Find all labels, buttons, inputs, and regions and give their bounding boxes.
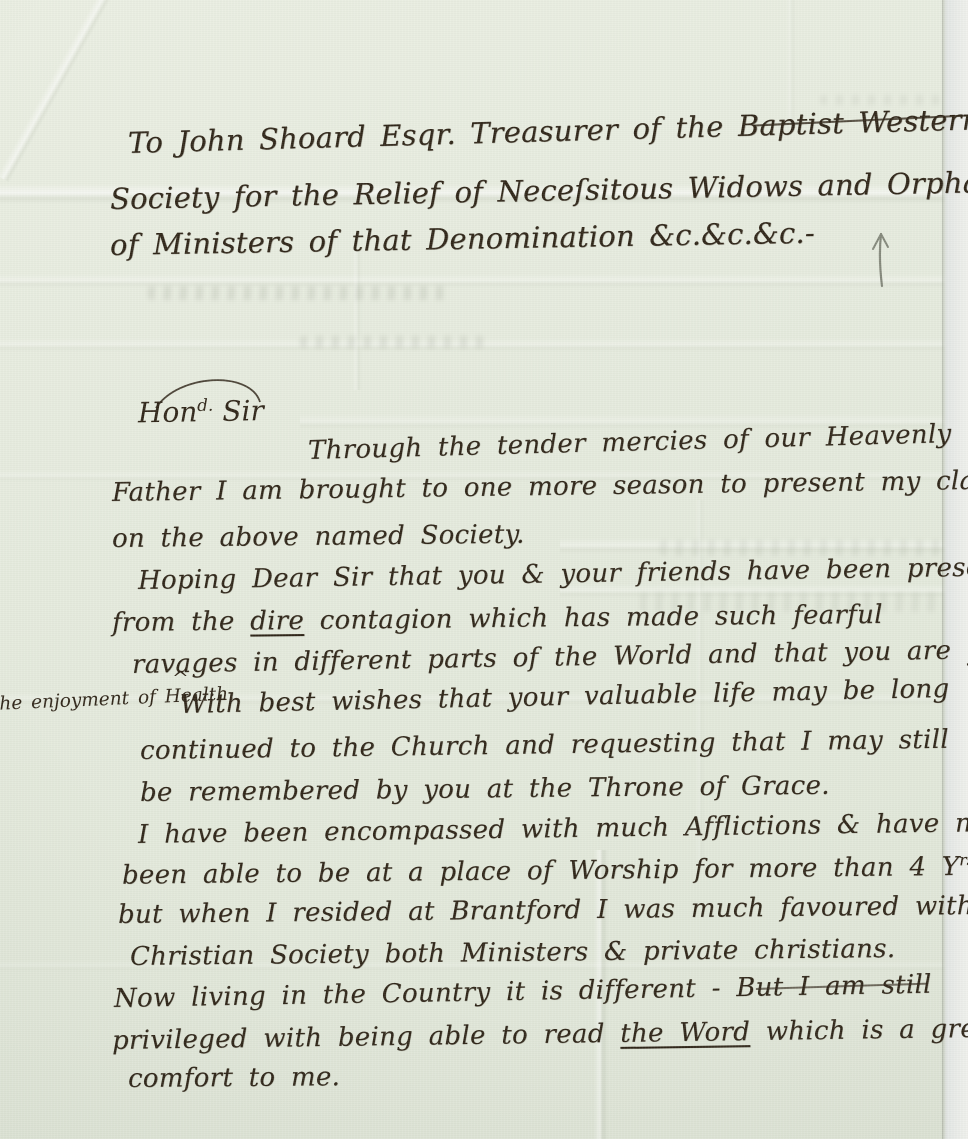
body-line: ravages in different parts of the World … xyxy=(132,634,968,680)
body-line: be remembered by you at the Throne of Gr… xyxy=(140,771,830,808)
salutation-text: Hon xyxy=(138,395,198,429)
body-line: privileged with being able to read the W… xyxy=(112,1014,968,1056)
salutation-superscript: d. xyxy=(197,395,213,415)
body-line: I have been encompassed with much Afflic… xyxy=(138,808,968,850)
fold-crease xyxy=(560,538,968,554)
ink-bleedthrough xyxy=(300,336,485,348)
fold-crease xyxy=(0,338,968,352)
address-text: To John Shoard Esqr. Treasurer of the xyxy=(128,109,739,160)
ink-bleedthrough xyxy=(148,286,448,300)
letter-page: To John Shoard Esqr. Treasurer of the Ba… xyxy=(0,0,968,1139)
fold-crease-vertical xyxy=(352,250,362,390)
salutation: Hond. Sir xyxy=(138,394,264,430)
body-line: from the dire contagion which has made s… xyxy=(112,600,883,638)
body-line: Father I am brought to one more season t… xyxy=(112,465,968,508)
body-line: Christian Society both Ministers & priva… xyxy=(130,934,896,972)
body-line: With best wishes that your valuable life… xyxy=(180,674,950,720)
underlined-word: dire xyxy=(250,606,304,637)
struck-words: Baptist Western xyxy=(737,102,968,143)
body-line: Now living in the Country it is differen… xyxy=(114,970,932,1014)
address-line-2: Society for the Relief of Neceſsitous Wi… xyxy=(110,165,968,216)
salutation-text: Sir xyxy=(213,394,264,428)
body-line: continued to the Church and requesting t… xyxy=(140,725,949,766)
fold-crease-diagonal xyxy=(0,0,114,182)
pencil-arrow-annotation xyxy=(852,222,908,296)
body-line: been able to be at a place of Worship fo… xyxy=(122,851,968,891)
body-line: on the above named Society. xyxy=(112,520,525,554)
body-text: from the xyxy=(112,607,250,638)
fold-crease xyxy=(0,274,968,288)
superscript-text: rs xyxy=(959,851,968,869)
body-text: Now living in the Country it is differen… xyxy=(114,973,737,1014)
fold-crease-vertical xyxy=(786,0,796,120)
body-text: ravages in different parts of the World … xyxy=(132,635,967,680)
body-text: privileged with being able to read xyxy=(112,1019,621,1056)
body-text: contagion which has made such fearful xyxy=(304,600,883,636)
crossed-words: But I am still xyxy=(736,970,932,1003)
body-text: which is a great xyxy=(750,1014,968,1048)
body-line: but when I resided at Brantford I was mu… xyxy=(118,891,968,930)
body-line: Through the tender mercies of our Heaven… xyxy=(308,419,952,466)
body-text: been able to be at a place of Worship fo… xyxy=(122,852,960,891)
underlined-word: the Word xyxy=(620,1017,750,1049)
address-line-1: To John Shoard Esqr. Treasurer of the Ba… xyxy=(128,102,968,160)
address-line-3: of Ministers of that Denomination &c.&c.… xyxy=(110,216,815,262)
body-line: Hoping Dear Sir that you & your friends … xyxy=(138,552,968,596)
body-line: comfort to me. xyxy=(128,1062,340,1094)
